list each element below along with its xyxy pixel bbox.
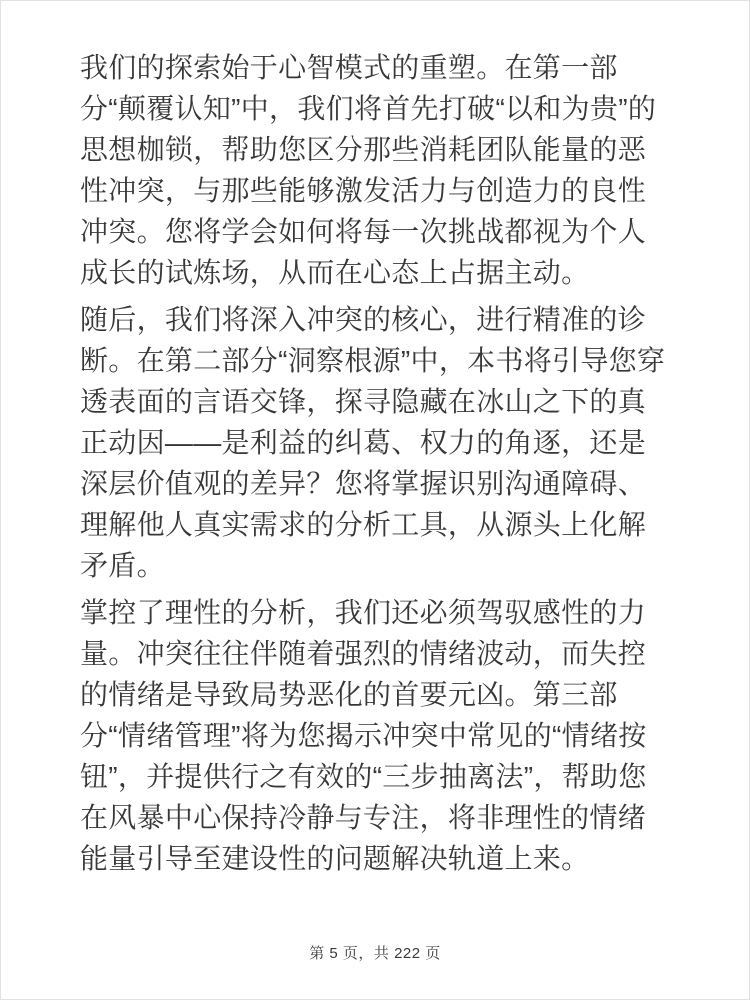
paragraph-3: 掌控了理性的分析，我们还必须驾驭感性的力量。冲突往往伴随着强烈的情绪波动，而失控… bbox=[80, 592, 672, 879]
page-footer: 第 5 页，共 222 页 bbox=[0, 944, 750, 964]
document-page: { "page": { "paragraphs": [ "我们的探索始于心智模式… bbox=[0, 0, 750, 1000]
paragraph-2: 随后，我们将深入冲突的核心，进行精准的诊断。在第二部分“洞察根源”中，本书将引导… bbox=[80, 299, 672, 586]
paragraph-1: 我们的探索始于心智模式的重塑。在第一部分“颠覆认知”中，我们将首先打破“以和为贵… bbox=[80, 47, 672, 293]
document-body-text: 我们的探索始于心智模式的重塑。在第一部分“颠覆认知”中，我们将首先打破“以和为贵… bbox=[80, 47, 672, 885]
page-number-label: 第 5 页，共 222 页 bbox=[309, 945, 441, 962]
